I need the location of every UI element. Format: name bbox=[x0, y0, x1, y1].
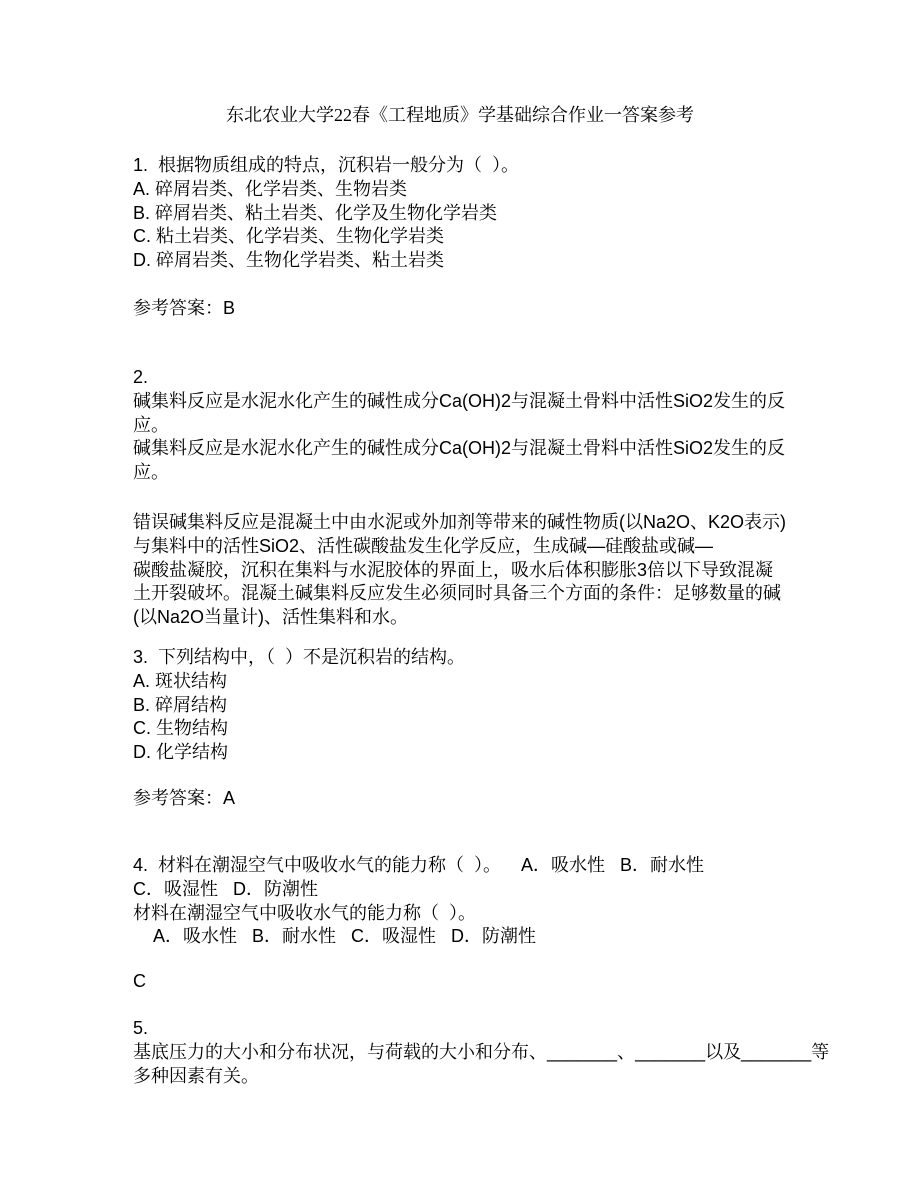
question-3: 3. 下列结构中，（ ）不是沉积岩的结构。 A. 斑状结构 B. 碎屑结构 C.… bbox=[133, 646, 913, 765]
answer-3: 参考答案：A bbox=[133, 787, 913, 811]
question-1: 1. 根据物质组成的特点，沉积岩一般分为（ ）。 A. 碎屑岩类、化学岩类、生物… bbox=[133, 154, 913, 273]
answer-1: 参考答案：B bbox=[133, 297, 913, 321]
document-page: 东北农业大学22春《工程地质》学基础综合作业一答案参考 1. 根据物质组成的特点… bbox=[0, 0, 920, 1191]
question-2: 2. 碱集料反应是水泥水化产生的碱性成分Ca(OH)2与混凝土骨料中活性SiO2… bbox=[133, 366, 913, 485]
answer-4: C bbox=[133, 970, 913, 994]
question-4: 4. 材料在潮湿空气中吸收水气的能力称（ ）。 A．吸水性 B．耐水性 C．吸湿… bbox=[133, 854, 913, 949]
question-2-explanation: 错误碱集料反应是混凝土中由水泥或外加剂等带来的碱性物质(以Na2O、K2O表示)… bbox=[133, 511, 913, 630]
question-5: 5. 基底压力的大小和分布状况，与荷载的大小和分布、_______、______… bbox=[133, 1017, 913, 1088]
document-title: 东北农业大学22春《工程地质》学基础综合作业一答案参考 bbox=[0, 104, 920, 128]
